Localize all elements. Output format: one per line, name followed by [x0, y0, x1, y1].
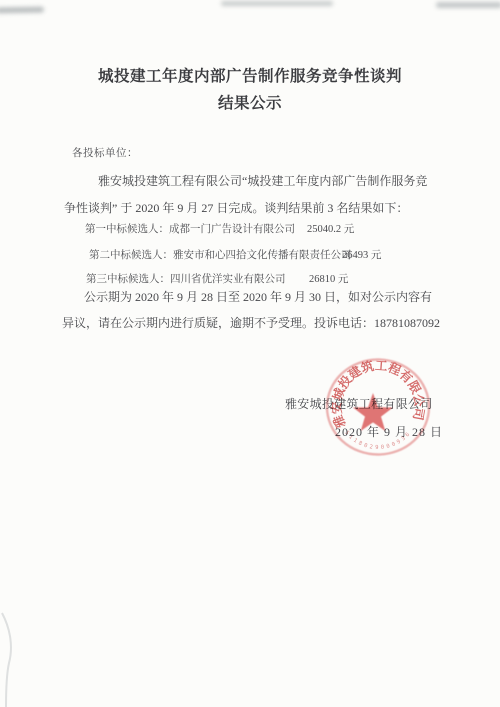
seal-star-icon	[353, 393, 393, 431]
notice-period-line2: 异议，请在公示期内进行质疑，逾期不予受理。投诉电话：18781087092	[62, 314, 440, 331]
candidate-3-price: 26810 元	[309, 271, 348, 286]
scan-smudge-top-center	[221, 1, 333, 6]
company-seal-stamp-icon: 雅安城投建筑工程有限公司 5118029000936	[300, 340, 465, 485]
scan-curl-artifact-bottom-left	[0, 605, 20, 707]
scan-smudge-top-left	[0, 7, 44, 14]
paragraph1-line1: 雅安城投建筑工程有限公司“城投建工年度内部广告制作服务竞	[98, 172, 427, 189]
candidate-1-label: 第一中标候选人：	[85, 224, 169, 235]
document-title-line1: 城投建工年度内部广告制作服务竞争性谈判	[0, 64, 500, 86]
candidate-row-1: 第一中标候选人：成都一门广告设计有限公司 25040.2 元	[85, 221, 295, 236]
candidate-row-3: 第三中标候选人：四川省优洋实业有限公司 26810 元	[86, 271, 286, 286]
candidate-1-price: 25040.2 元	[307, 221, 354, 236]
candidate-3-company: 四川省优洋实业有限公司	[170, 274, 286, 285]
candidate-3-label: 第三中标候选人：	[86, 274, 170, 285]
candidate-2-label: 第二中标候选人：	[89, 250, 173, 261]
scan-smudge-top-right	[436, 2, 500, 8]
salutation-line: 各投标单位：	[72, 145, 138, 160]
scanned-document-page: 城投建工年度内部广告制作服务竞争性谈判 结果公示 各投标单位： 雅安城投建筑工程…	[0, 0, 500, 707]
candidate-2-price: 26493 元	[342, 247, 381, 262]
document-title-line2: 结果公示	[0, 91, 500, 113]
paragraph1-line2: 争性谈判” 于 2020 年 9 月 27 日完成。谈判结果前 3 名结果如下：	[64, 199, 408, 216]
candidate-2-company: 雅安市和心四拾文化传播有限责任公司	[173, 250, 352, 261]
candidate-row-2: 第二中标候选人：雅安市和心四拾文化传播有限责任公司 26493 元	[89, 247, 352, 262]
candidate-1-company: 成都一门广告设计有限公司	[169, 224, 295, 235]
notice-period-line1: 公示期为 2020 年 9 月 28 日至 2020 年 9 月 30 日，如对…	[84, 288, 432, 305]
